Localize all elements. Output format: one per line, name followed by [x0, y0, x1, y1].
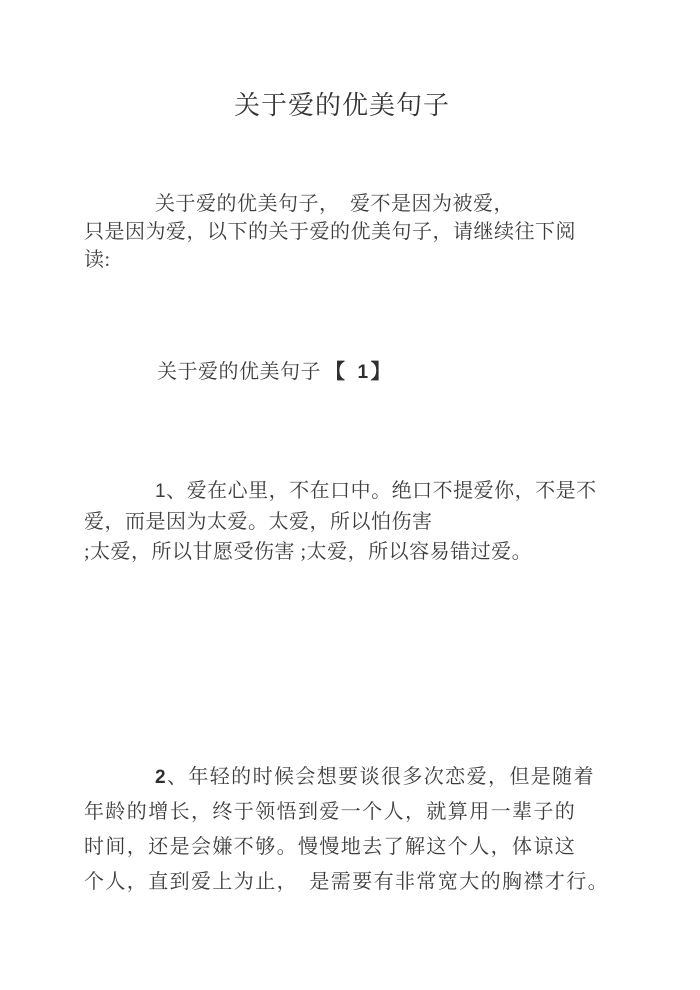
- line-text: 、爱在心里，不在口中。绝口不提爱你，不是不: [166, 480, 597, 502]
- paragraph-line: 时间，还是会嫌不够。慢慢地去了解这个人，体谅这: [84, 830, 644, 865]
- section-heading: 关于爱的优美句子【1】: [84, 358, 700, 387]
- paragraph-line: 读:: [84, 246, 644, 274]
- section-number: 1: [358, 362, 369, 383]
- intro-paragraph: 关于爱的优美句子， 爱不是因为被爱， 只是因为爱，以下的关于爱的优美句子，请继续…: [84, 190, 644, 274]
- paragraph-line: 年龄的增长，终于领悟到爱一个人，就算用一辈子的: [84, 795, 644, 830]
- item-number: 1: [155, 481, 166, 502]
- paragraph-line: 关于爱的优美句子， 爱不是因为被爱，: [84, 190, 644, 218]
- paragraph-line: 2、年轻的时候会想要谈很多次恋爱，但是随着: [84, 760, 644, 795]
- item-number: 2: [155, 767, 167, 788]
- section-heading-text: 关于爱的优美句子: [157, 361, 321, 383]
- paragraph-line: ;太爱，所以甘愿受伤害 ;太爱，所以容易错过爱。: [84, 537, 644, 567]
- line-text: 、年轻的时候会想要谈很多次恋爱，但是随着: [167, 766, 595, 788]
- paragraph-line: 个人，直到爱上为止， 是需要有非常宽大的胸襟才行。: [84, 865, 644, 900]
- list-item-1: 1、爱在心里，不在口中。绝口不提爱你，不是不 爱，而是因为太爱。太爱，所以怕伤害…: [84, 476, 644, 567]
- page-title: 关于爱的优美句子: [0, 91, 684, 121]
- right-bracket: 】: [371, 361, 392, 383]
- paragraph-line: 1、爱在心里，不在口中。绝口不提爱你，不是不: [84, 476, 644, 507]
- list-item-2: 2、年轻的时候会想要谈很多次恋爱，但是随着 年龄的增长，终于领悟到爱一个人，就算…: [84, 760, 644, 900]
- paragraph-line: 只是因为爱，以下的关于爱的优美句子，请继续往下阅: [84, 218, 644, 246]
- left-bracket: 【: [325, 361, 346, 383]
- document-page: 关于爱的优美句子 关于爱的优美句子， 爱不是因为被爱， 只是因为爱，以下的关于爱…: [0, 0, 700, 990]
- paragraph-line: 爱，而是因为太爱。太爱，所以怕伤害: [84, 507, 644, 537]
